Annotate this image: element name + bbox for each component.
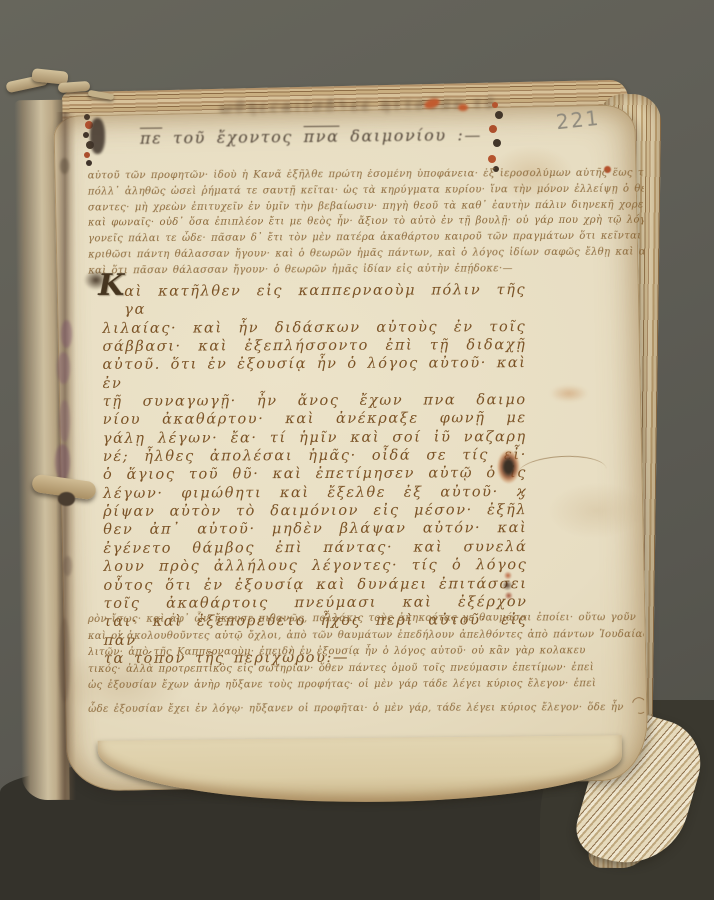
sewing-stain [60, 158, 69, 174]
kephalaion-title: πε τοῦ ἔχοντος πνα δαιμονίου :— [140, 125, 482, 148]
flourish-icon [629, 694, 645, 716]
commentary-line: ὡς ἐξουσίαν ἔχων ἀνὴρ ηὔξανε τοὺς προφήτ… [88, 676, 644, 695]
commentary-line: ὧδε ἐξουσίαν ἔχει ἐν λόγῳ· ηὔξανεν οἱ πρ… [88, 693, 644, 719]
commentary-line-text: ὧδε ἐξουσίαν ἔχει ἐν λόγῳ· ηὔξανεν οἱ πρ… [88, 702, 624, 715]
gospel-line: λουν πρὸς ἀλλήλους λέγοντες· τίς ὁ λόγος [103, 556, 527, 576]
gospel-line: λέγων· φιμώθητι καὶ ἔξελθε ἐξ αὐτοῦ· ϗ [103, 483, 527, 503]
gospel-line: θεν ἀπ᾽ αὐτοῦ· μηδὲν βλάψαν αὐτόν· καὶ [103, 520, 527, 540]
gospel-line: σάββασι· καὶ ἐξεπλήσσοντο ἐπὶ τῇ διδαχῇ [102, 336, 526, 356]
marginal-rubric-mark [501, 571, 515, 601]
gospel-line: ῥίψαν αὐτὸν τὸ δαιμόνιον εἰς μέσον· ἐξῆλ [103, 501, 527, 521]
sewing-stain [59, 400, 70, 442]
gospel-line: αὐτοῦ. ὅτι ἐν ἐξουσίᾳ ἦν ὁ λόγος αὐτοῦ· … [102, 354, 526, 393]
gospel-line: νίου ἀκαθάρτου· καὶ ἀνέκραξε φωνῇ με [103, 409, 527, 429]
nomen-abbrev: πνα [304, 127, 340, 146]
folio-number: 221 [555, 106, 601, 134]
commentary-line: κριθῶσι πάντη θάλασσαν ἤγουν· καὶ ὁ θεωρ… [88, 245, 644, 264]
commentary-line: τικός· ἀλλὰ προτρεπτικὸς εἰς σωτηρίαν· ὅ… [88, 660, 644, 679]
title-ornament-right-icon [492, 102, 498, 108]
commentary-bottom-block: ρὸν ἴσως· καὶ ἀφ᾽ ὧν ἤκουσε πιθανῶς, πολ… [88, 610, 644, 719]
gospel-line: αὶ κατῆλθεν εἰς καππερναοὺμ πόλιν τῆς γα [102, 281, 526, 320]
nomen-abbrev: πε [140, 129, 163, 148]
gospel-line: νέ; ἦλθες ἀπολέσαι ἡμᾶς· οἶδά σε τίς εἶ· [103, 446, 527, 466]
title-text: τοῦ ἔχοντος [162, 127, 304, 147]
title-ornament-left-icon [84, 114, 90, 120]
sewing-stain [57, 352, 70, 384]
commentary-line: ρὸν ἴσως· καὶ ἀφ᾽ ὧν ἤκουσε πιθανῶς, πολ… [88, 610, 644, 629]
commentary-line: καὶ οἱ ἀκολουθοῦντες αὐτῷ ὄχλοι, ἀπὸ τῶν… [88, 627, 644, 646]
ink-blot [90, 118, 105, 154]
title-text: δαιμονίου :— [339, 125, 482, 145]
sewing-thread-knot [58, 492, 75, 506]
gospel-line: τῇ συναγωγῇ· ἦν ἄνος ἔχων πνα δαιμο [103, 391, 527, 411]
offset-red-mark [458, 104, 468, 111]
gospel-line: ἐγένετο θάμβος ἐπὶ πάντας· καὶ συνελά [103, 538, 527, 558]
gospel-line: γάλῃ λέγων· ἔα· τί ἡμῖν καὶ σοί ἰῦ ναζαρ… [103, 428, 527, 448]
sewing-stain [63, 556, 72, 576]
commentary-top-block: αὐτοῦ τῶν προφητῶν· ἰδοὺ ἡ Κανᾶ ἐξῆλθε π… [88, 166, 645, 279]
gospel-line: οὗτος ὅτι ἐν ἐξουσίᾳ καὶ δυνάμει ἐπιτάσσ… [103, 575, 527, 595]
manuscript-photograph: ωθηεϲαιϊσδϟεε ηττσϋπν τϋ πε τοῦ ἔχοντος … [0, 0, 714, 900]
sewing-stain [59, 618, 70, 702]
rust-smudge [550, 385, 588, 402]
gospel-line: λιλαίας· καὶ ἦν διδάσκων αὐτοὺς ἐν τοῖς [102, 318, 526, 338]
sewing-stain [61, 320, 72, 348]
ink-blot [84, 270, 108, 290]
offset-ink-band: ωθηεϲαιϊσδϟεε ηττσϋπν τϋ [220, 93, 512, 126]
gospel-line: ὁ ἅγιος τοῦ θῦ· καὶ ἐπετίμησεν αὐτῷ ὁ ἰς [103, 465, 527, 485]
commentary-line: καὶ ὅτι πᾶσαν θάλασσαν ἤγουν· ὁ θεωρῶν ἡ… [88, 260, 644, 279]
sewing-stain [55, 444, 70, 480]
commentary-line: λιτῶν· ἀπὸ τῆς Καππερναοὺμ· ἐπειδὴ ἐν ἐξ… [88, 643, 644, 662]
